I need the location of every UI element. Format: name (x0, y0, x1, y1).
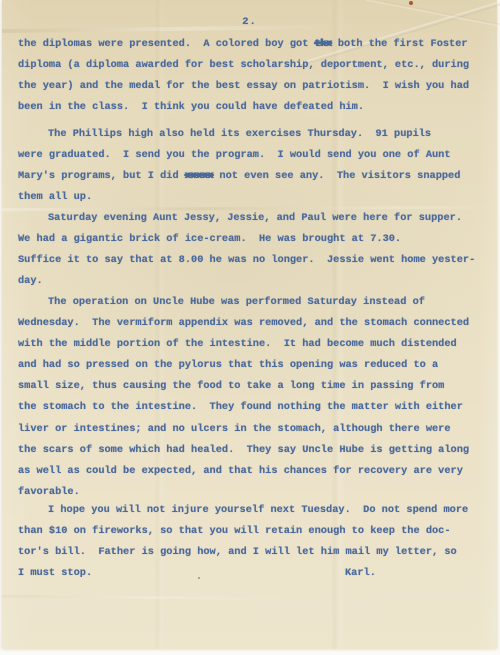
letter-line: and had so pressed on the pylorus that t… (18, 355, 489, 376)
line-text: and had so pressed on the pylorus that t… (18, 359, 438, 371)
letter-line: diploma (a diploma awarded for best scho… (18, 55, 489, 76)
letter-line: them all up. (18, 187, 489, 208)
letter-line: Saturday evening Aunt Jessy, Jessie, and… (18, 208, 489, 229)
letter-line: the stomach to the intestine. They found… (18, 397, 489, 418)
letter-line: as well as could be expected, and that h… (18, 461, 489, 482)
line-text: tor's bill. Father is going how, and I w… (18, 546, 457, 558)
line-text: the scars of some which had healed. They… (18, 444, 469, 456)
overstrike-word: tkx (315, 38, 332, 50)
letter-line: Wednesday. The vermiform appendix was re… (18, 313, 489, 334)
paragraph-2: The Phillips high also held its exercise… (18, 124, 489, 208)
letter-line: small size, thus causing the food to tak… (18, 376, 489, 397)
line-text: We had a gigantic brick of ice-cream. He… (18, 233, 401, 245)
letter-line: Suffice it to say that at 8.00 he was no… (18, 250, 489, 271)
letter-line: The operation on Uncle Hube was performe… (18, 292, 489, 313)
line-text: as well as could be expected, and that h… (18, 465, 463, 477)
letter-line: been in the class. I think you could hav… (18, 97, 489, 118)
letter-line: I hope you will not injure yourself next… (18, 500, 489, 521)
line-text: the stomach to the intestine. They found… (18, 401, 463, 413)
line-text: I must stop. (18, 567, 92, 579)
line-text: Wednesday. The vermiform appendix was re… (18, 317, 469, 329)
letter-line: day. (18, 271, 489, 292)
line-text: liver or intestines; and no ulcers in th… (18, 423, 451, 435)
line-text: Mary's programs, but I did (18, 170, 185, 182)
line-text: The Phillips high also held its exercise… (48, 128, 431, 140)
line-text: both the first Foster (332, 38, 468, 50)
line-text: were graduated. I send you the program. … (18, 149, 451, 161)
line-text: favorable. (18, 486, 80, 498)
letter-line: the diplomas were presented. A colored b… (18, 34, 489, 55)
page-number: 2. (2, 16, 497, 28)
letter-line: with the middle portion of the intestine… (18, 334, 489, 355)
letter-line: than $10 on fireworks, so that you will … (18, 521, 489, 542)
line-text: The operation on Uncle Hube was performe… (48, 296, 425, 308)
letter-line: The Phillips high also held its exercise… (18, 124, 489, 145)
paragraph-1: the diplomas were presented. A colored b… (18, 34, 489, 118)
paragraph-3: Saturday evening Aunt Jessy, Jessie, and… (18, 208, 489, 292)
line-text: Saturday evening Aunt Jessy, Jessie, and… (48, 212, 462, 224)
line-text: been in the class. I think you could hav… (18, 101, 364, 113)
paragraph-4: The operation on Uncle Hube was performe… (18, 292, 489, 503)
signature: Karl. (345, 563, 376, 584)
line-text: than $10 on fireworks, so that you will … (18, 525, 451, 537)
scan-background: 2. the diplomas were presented. A colore… (0, 0, 500, 655)
line-text: day. (18, 275, 43, 287)
line-text: I hope you will not injure yourself next… (48, 504, 468, 516)
letter-line: Mary's programs, but I did xxxxx not eve… (18, 166, 489, 187)
overstrike-word: xxxxx (185, 170, 213, 182)
letter-line: the year) and the medal for the best ess… (18, 76, 489, 97)
line-text: small size, thus causing the food to tak… (18, 380, 444, 392)
line-text: the diplomas were presented. A colored b… (18, 38, 315, 50)
line-text: not even see any. The visitors snapped (213, 170, 460, 182)
letter-line: I must stop.Karl. (18, 563, 489, 584)
letter-line: tor's bill. Father is going how, and I w… (18, 542, 489, 563)
paragraph-5: I hope you will not injure yourself next… (18, 500, 489, 584)
line-text: Suffice it to say that at 8.00 he was no… (18, 254, 475, 266)
letter-line: the scars of some which had healed. They… (18, 440, 489, 461)
letter-line: were graduated. I send you the program. … (18, 145, 489, 166)
stain-dot (409, 1, 413, 5)
letter-line: We had a gigantic brick of ice-cream. He… (18, 229, 489, 250)
crease-mark (2, 595, 299, 601)
line-text: diploma (a diploma awarded for best scho… (18, 59, 469, 71)
line-text: with the middle portion of the intestine… (18, 338, 457, 350)
letter-line: liver or intestines; and no ulcers in th… (18, 419, 489, 440)
line-text: them all up. (18, 191, 92, 203)
letter-paper: 2. the diplomas were presented. A colore… (2, 0, 497, 649)
line-text: the year) and the medal for the best ess… (18, 80, 469, 92)
